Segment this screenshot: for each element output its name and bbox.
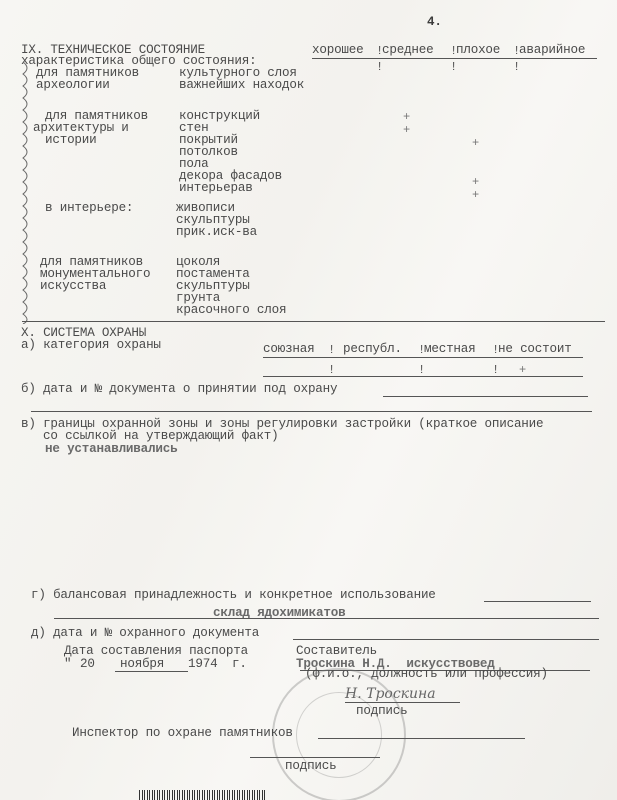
date-suffix: г. — [232, 658, 247, 671]
group-label: истории — [45, 134, 97, 147]
row-underline — [263, 376, 583, 377]
col-tick: ! — [513, 61, 520, 73]
col-tick: ! — [450, 61, 457, 73]
bracket-decoration — [19, 62, 33, 324]
blank-line — [31, 411, 592, 412]
col-tick: ! — [492, 364, 499, 376]
ownership-value-line — [54, 618, 599, 619]
col-emergency: аварийное — [519, 44, 585, 57]
section-divider — [22, 321, 605, 322]
group-label: искусства — [40, 280, 106, 293]
security-doc-label: д) дата и № охранного документа — [31, 627, 259, 640]
header-underline — [263, 357, 583, 358]
cat-none: не состоит — [498, 343, 572, 356]
condition-item: интерьерав — [179, 182, 253, 195]
date-quote: " — [64, 658, 71, 671]
col-separator: ! — [328, 344, 335, 356]
doc-acceptance-field — [383, 396, 588, 397]
category-label: а) категория охраны — [21, 339, 161, 352]
col-poor: плохое — [456, 44, 500, 57]
inspector-signature-label: подпись — [285, 760, 337, 773]
group-label: археологии — [36, 79, 110, 92]
barcode — [139, 790, 265, 800]
mark-plus: + — [472, 176, 479, 188]
mark-plus: + — [403, 111, 410, 123]
document-page: 4. IX. ТЕХНИЧЕСКОЕ СОСТОЯНИЕ характерист… — [0, 0, 617, 800]
col-average: среднее — [382, 44, 434, 57]
mark-plus: + — [403, 124, 410, 136]
ownership-label: г) балансовая принадлежность и конкретно… — [31, 589, 436, 602]
date-day: 20 — [80, 658, 95, 671]
cat-local: местная — [424, 343, 476, 356]
inspector-label: Инспектор по охране памятников — [72, 727, 293, 740]
doc-acceptance-label: б) дата и № документа о принятии под охр… — [21, 383, 337, 396]
date-month-line — [115, 671, 188, 672]
date-year: 1974 — [188, 658, 217, 671]
handwritten-signature: Н. Троскина — [345, 686, 436, 702]
zone-value: не устанавливались — [45, 443, 177, 456]
cat-union: союзная — [263, 343, 315, 356]
date-month: ноября — [120, 658, 164, 671]
condition-item: красочного слоя — [176, 304, 286, 317]
inspector-field — [318, 738, 525, 739]
cat-republic: республ. — [343, 343, 402, 356]
condition-item: прик.иск-ва — [176, 226, 257, 239]
ownership-field — [484, 601, 591, 602]
mark-plus: + — [472, 137, 479, 149]
condition-item: важнейших находок — [179, 79, 304, 92]
signature-label: подпись — [356, 705, 408, 718]
group-label: в интерьере: — [45, 202, 133, 215]
col-tick: ! — [376, 61, 383, 73]
col-tick: ! — [418, 364, 425, 376]
mark-plus: + — [472, 189, 479, 201]
security-doc-field — [293, 639, 599, 640]
col-good: хорошее — [312, 44, 364, 57]
page-number: 4. — [427, 16, 442, 29]
mark-plus: + — [519, 364, 526, 376]
col-tick: ! — [328, 364, 335, 376]
